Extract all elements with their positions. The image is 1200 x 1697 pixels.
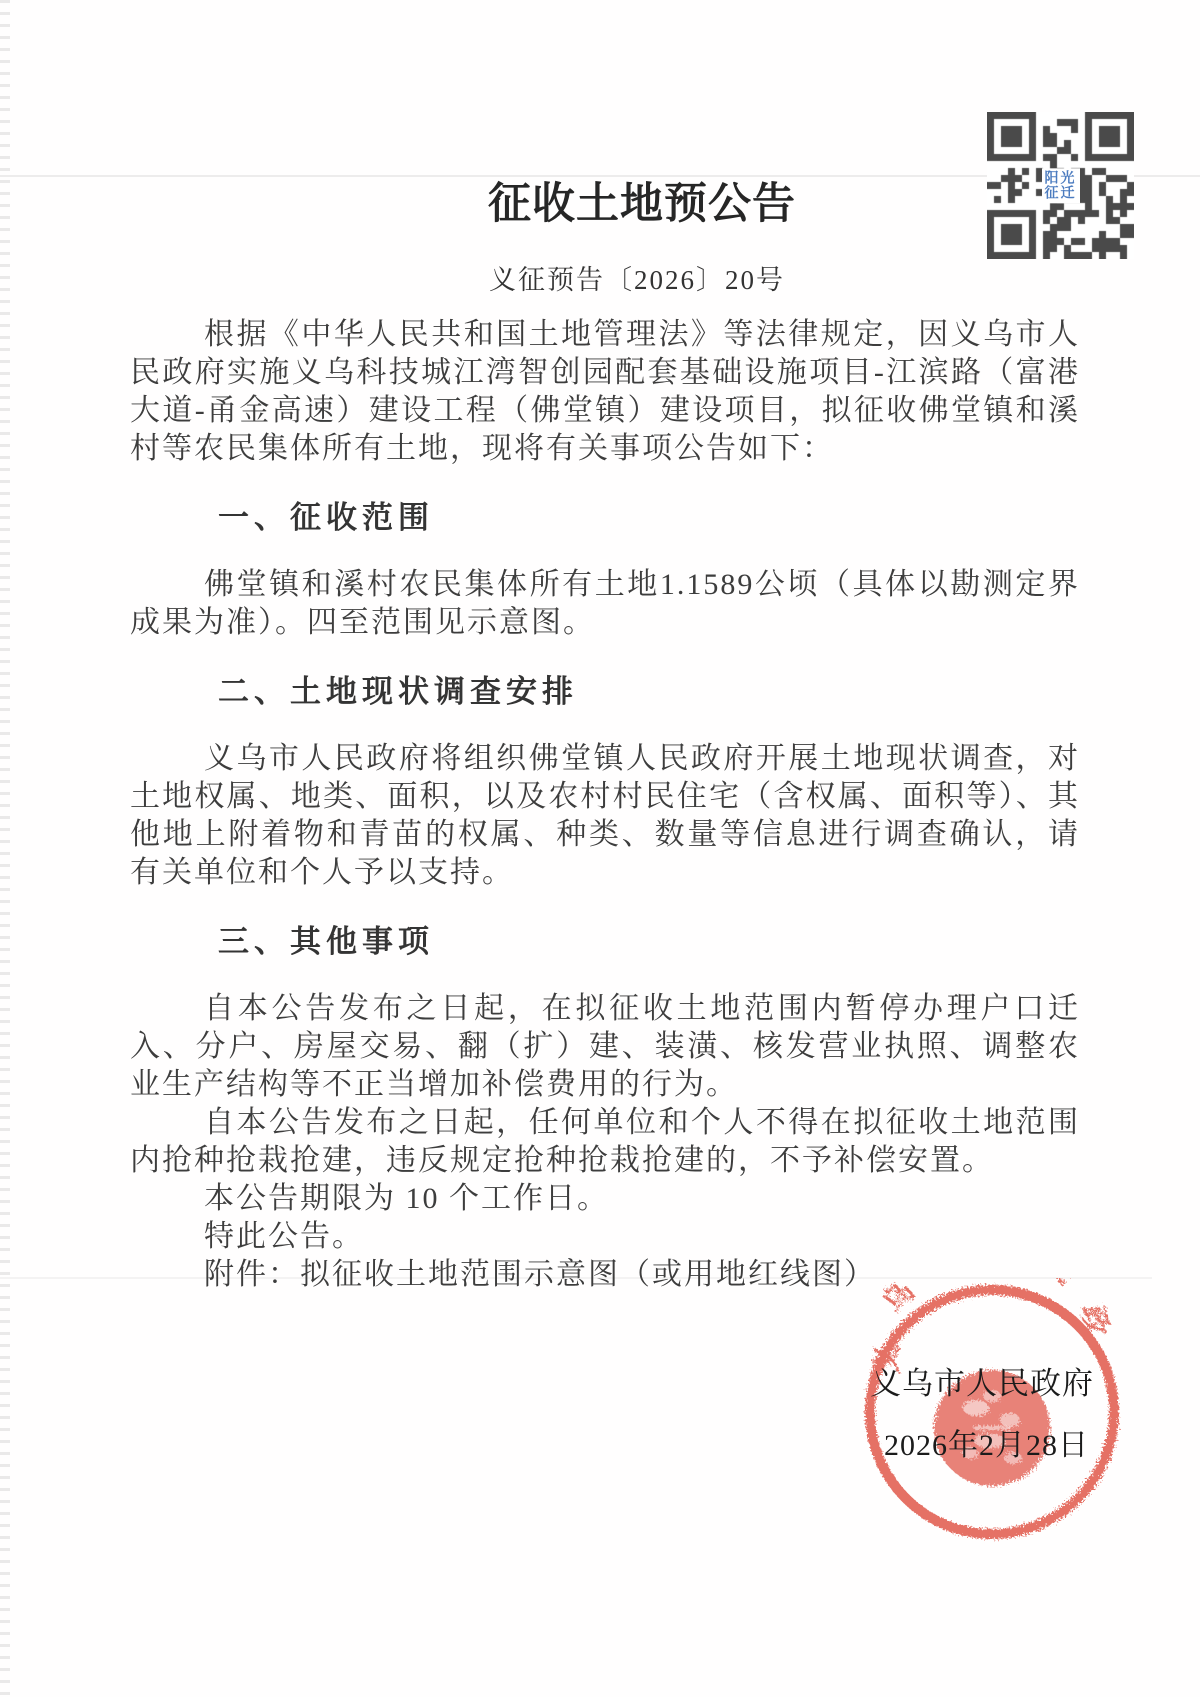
document-body: 根据《中华人民共和国土地管理法》等法律规定，因义乌市人民政府实施义乌科技城江湾智… [130, 316, 1080, 1294]
qr-code: 阳光 征迁 [987, 112, 1134, 259]
intro-paragraph: 根据《中华人民共和国土地管理法》等法律规定，因义乌市人民政府实施义乌科技城江湾智… [130, 316, 1080, 468]
scan-edge-artifact [0, 0, 10, 1697]
issuer-signature: 义乌市人民政府 [870, 1358, 1110, 1403]
section-3-paragraph-3: 本公告期限为 10 个工作日。 [130, 1180, 1080, 1218]
qr-label: 阳光 征迁 [1042, 168, 1080, 203]
document-page: 阳光 征迁 征收土地预公告 义征预告〔2026〕20号 根据《中华人民共和国土地… [0, 0, 1200, 1697]
section-3-paragraph-4: 特此公告。 [130, 1218, 1080, 1256]
section-2-paragraph: 义乌市人民政府将组织佛堂镇人民政府开展土地现状调查，对土地权属、地类、面积，以及… [130, 740, 1080, 892]
signature-date: 2026年2月28日 [884, 1420, 1124, 1464]
section-3-paragraph-2: 自本公告发布之日起，任何单位和个人不得在拟征收土地范围内抢种抢栽抢建，违反规定抢… [130, 1104, 1080, 1180]
official-seal: 义乌市人民政府 [858, 1278, 1126, 1546]
section-1-paragraph: 佛堂镇和溪村农民集体所有土地1.1589公顷（具体以勘测定界成果为准）。四至范围… [130, 566, 1080, 642]
seal-graphic: 义乌市人民政府 [858, 1278, 1126, 1546]
section-3-heading: 三、其他事项 [218, 922, 1080, 962]
section-2-heading: 二、土地现状调查安排 [218, 672, 1080, 712]
section-1-heading: 一、征收范围 [218, 498, 1080, 538]
section-3-paragraph-1: 自本公告发布之日起，在拟征收土地范围内暂停办理户口迁入、分户、房屋交易、翻（扩）… [130, 990, 1080, 1104]
doc-number: 义征预告〔2026〕20号 [37, 258, 1200, 297]
